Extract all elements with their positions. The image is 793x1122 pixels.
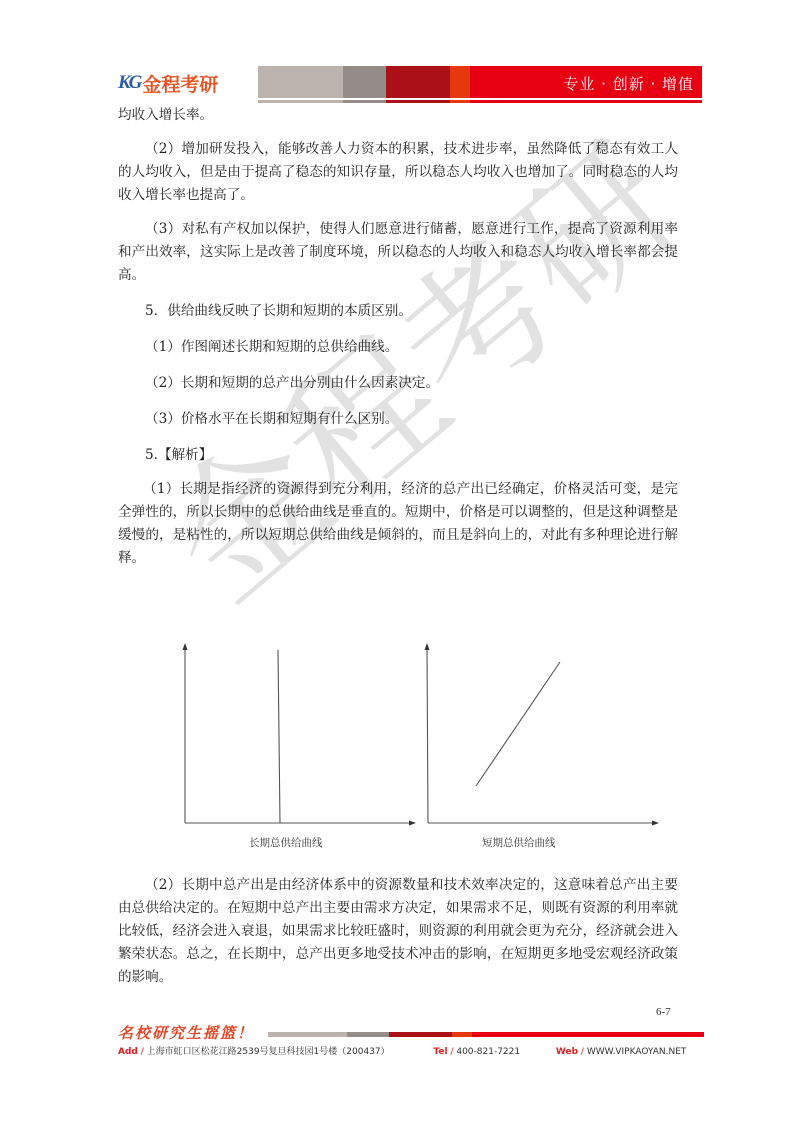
header-underline [386,100,450,103]
answer-paragraph: （1）长期是指经济的资源得到充分利用，经济的总产出已经确定，价格灵活可变，是完全… [118,478,678,570]
long-run-supply-caption: 长期总供给曲线 [249,835,323,850]
footer-bar-segment [389,1032,452,1037]
header-underline [343,100,386,103]
header-slogan: 专业 · 创新 · 增值 [563,73,694,94]
footer-bar-segment [268,1032,347,1037]
page-footer: 名校研究生摇篮！ Add / 上海市虹口区松花江路2539号复旦科技园1号楼（2… [118,1022,704,1062]
tel-label: Tel [433,1047,447,1057]
answer-paragraph: （2）长期中总产出是由经济体系中的资源数量和技术效率决定的，这意味着总产出主要由… [118,874,678,989]
address-label: Add [118,1047,138,1057]
separator: / [450,1047,453,1057]
header-bar-segment [386,66,450,98]
page-header: KG 金程考研 专业 · 创新 · 增值 [118,64,702,104]
header-underline [470,100,702,103]
document-body-continued: （2）长期中总产出是由经济体系中的资源数量和技术效率决定的，这意味着总产出主要由… [118,874,678,989]
telephone: 400-821-7221 [456,1047,520,1057]
web-label: Web [556,1047,578,1057]
paragraph: 均收入增长率。 [118,104,678,127]
header-underline [258,100,343,103]
logo-mark-icon: KG [118,72,140,94]
header-bar-segment [343,66,386,98]
document-body: 均收入增长率。 （2）增加研发投入，能够改善人力资本的积累，技术进步率，虽然降低… [118,104,678,570]
paragraph: （2）增加研发投入，能够改善人力资本的积累，技术进步率，虽然降低了稳态有效工人的… [118,138,678,207]
footer-bar-segment [347,1032,389,1037]
header-bar-segment [450,66,470,98]
long-run-supply-chart [178,640,418,830]
header-underline [450,100,470,103]
page-number: 6-7 [656,1006,671,1018]
separator: / [581,1047,584,1057]
footer-bar-segment [452,1032,472,1037]
address: 上海市虹口区松花江路2539号复旦科技园1号楼（200437） [147,1047,390,1057]
question-item: （1）作图阐述长期和短期的总供给曲线。 [118,336,678,359]
long-run-supply-graph [178,640,418,830]
logo-text: 金程考研 [142,70,218,97]
separator: / [141,1047,144,1057]
footer-bar-segment [472,1032,704,1037]
short-run-supply-chart [422,640,662,830]
answer-title: 5.【解析】 [118,444,678,467]
short-run-supply-caption: 短期总供给曲线 [482,835,556,850]
short-run-supply-graph [422,640,662,830]
paragraph: （3）对私有产权加以保护，使得人们愿意进行储蓄，愿意进行工作，提高了资源利用率和… [118,218,678,287]
question-item: （3）价格水平在长期和短期有什么区别。 [118,408,678,431]
footer-slogan: 名校研究生摇篮！ [118,1022,254,1043]
footer-contact: Add / 上海市虹口区松花江路2539号复旦科技园1号楼（200437） Te… [118,1044,704,1057]
question-title: 5．供给曲线反映了长期和短期的本质区别。 [118,300,678,323]
website-link[interactable]: WWW.VIPKAOYAN.NET [587,1047,687,1057]
question-item: （2）长期和短期的总产出分别由什么因素决定。 [118,372,678,395]
header-bar-segment [258,66,343,98]
brand-logo: KG 金程考研 [118,68,218,98]
